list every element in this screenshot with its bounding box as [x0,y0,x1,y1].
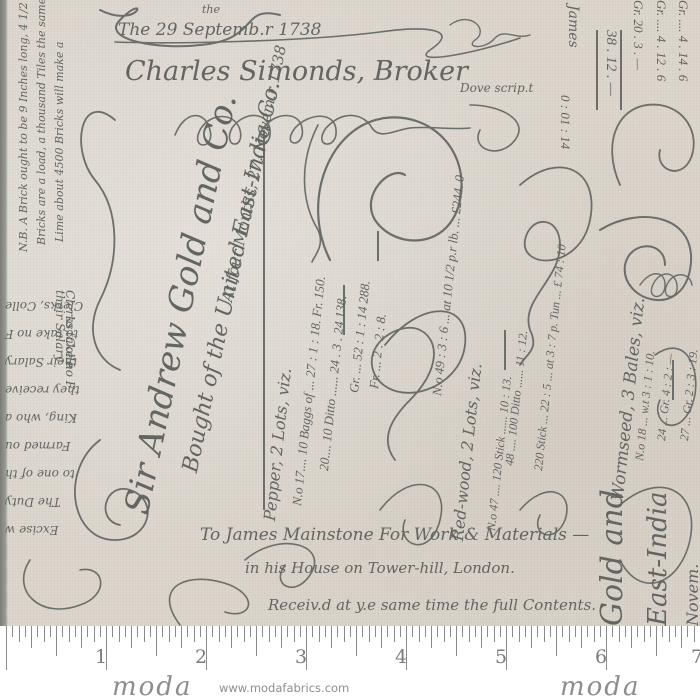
ruler-tick [637,626,638,637]
date-prefix: the [202,4,220,15]
ruler-tick [62,626,63,637]
ruler-tick [356,626,357,656]
ruler-tick [69,626,70,642]
ruler-tick [75,626,76,637]
ruler-tick [512,626,513,637]
ruler-tick [200,626,201,637]
ruler-tick [337,626,338,637]
ruler-tick [631,626,632,648]
ruler-tick [194,626,195,642]
ruler-inch-label: 5 [495,646,507,668]
ruler-tick [144,626,145,642]
ruler-tick [669,626,670,642]
moda-logo: moda [112,672,192,700]
bottom-right-text-1: Gold and [598,489,628,626]
ruler-tick [525,626,526,637]
ruler-tick [450,626,451,637]
mainstone-line: To James Mainstone For Work & Materials … [200,527,589,544]
ruler-tick [162,626,163,637]
ruler-tick [156,626,157,656]
ruler-inch-label: 7 [691,646,700,668]
received-line: Receiv.d at y.e same time the full Conte… [268,598,596,613]
mirror-line: to one of th [5,468,75,480]
ruler-tick [594,626,595,642]
nb-line-3: Lime about 4500 Bricks will make a [54,42,65,243]
ruler-inch-label: 1 [95,646,107,668]
ruler-tick [12,626,13,637]
house-line: in his House on Tower-hill, London. [245,561,515,576]
mirror-line: they receive [5,384,80,396]
ruler-tick [644,626,645,642]
ruler-tick [556,626,557,656]
ruler-tick [675,626,676,637]
ruler-tick [381,626,382,648]
ruler-tick [256,626,257,656]
ruler-inch-label: 3 [295,646,307,668]
ruler-tick [94,626,95,642]
ruler-tick [269,626,270,642]
moda-url: www.modafabrics.com [219,681,349,695]
ruler-tick [125,626,126,637]
ledger-rule [596,30,598,110]
ruler-inch-label: 2 [195,646,207,668]
ruler-tick [137,626,138,637]
ruler-inch-label: 6 [595,646,607,668]
moda-logo: moda [560,672,640,700]
ruler-tick [537,626,538,637]
ruler-tick [169,626,170,642]
dove-script-label: Dove scrip.t [460,82,533,94]
ruler-tick [275,626,276,637]
top-right-total: 38 . 12 . — [603,30,618,96]
ruler-tick [481,626,482,648]
ruler-tick [100,626,101,637]
ruler-tick [400,626,401,637]
ruler-tick [219,626,220,642]
ruler-tick [600,626,601,637]
fragment: 0 : 01 : 14 [559,95,572,149]
mirror-line: Clerks, Colle [5,300,83,312]
ruler-tick [462,626,463,637]
ruler-tick [412,626,413,637]
ruler-tick [262,626,263,637]
ruler-tick [394,626,395,642]
ruler-tick [187,626,188,637]
ruler-tick [456,626,457,656]
ruler-tick [519,626,520,642]
ruler-tick [369,626,370,642]
ruler-tick [181,626,182,648]
ruler-tick [325,626,326,637]
ruler-tick [150,626,151,637]
ruler-tick [287,626,288,637]
ruler-tick [650,626,651,637]
ruler-tick [487,626,488,637]
ruler-tick [175,626,176,637]
ledger-rule [620,30,622,110]
ruler-tick [331,626,332,648]
ruler-tick [681,626,682,648]
top-right-row: Gr. .... 4 . 14 . 6 [677,0,690,81]
ruler-tick [319,626,320,642]
ruler-tick [281,626,282,648]
nb-line-2: Bricks are a load, a thousand Tiles the … [36,0,47,245]
ruler-tick [300,626,301,637]
ruler-tick [344,626,345,642]
ledger-rule [377,231,379,261]
ruler-tick [687,626,688,637]
ruler-tick [250,626,251,637]
ruler-tick [31,626,32,648]
ruler-tick [231,626,232,648]
mirror-line: their Salary [5,356,77,368]
ruler-tick [531,626,532,648]
ruler-tick [6,626,7,670]
ruler-tick [494,626,495,642]
ruler-tick [444,626,445,642]
ruler-tick [419,626,420,642]
ruler-tick [237,626,238,637]
ruler-tick [656,626,657,656]
ruler-tick [569,626,570,642]
ruler-tick [19,626,20,642]
ruler-tick [662,626,663,637]
ruler-tick [550,626,551,637]
ruler-tick [581,626,582,648]
ruler-tick [431,626,432,648]
ruler-tick [587,626,588,637]
ruler-tick [81,626,82,648]
ruler-tick [37,626,38,637]
ruler-tick [294,626,295,642]
mirror-line: to take no F [5,328,78,340]
fabric-swatch: the The 29 Septemb.r 1738 Charles Simond… [0,0,700,626]
ruler-tick [612,626,613,637]
measurement-ruler: 1 2 3 4 5 6 7 moda www.modafabrics.com m… [0,626,700,700]
ruler-tick [131,626,132,648]
ruler-tick [362,626,363,637]
ruler-tick [619,626,620,642]
ruler-tick [56,626,57,656]
ruler-tick [625,626,626,637]
ruler-tick [212,626,213,637]
ruler-tick [575,626,576,637]
ruler-tick [544,626,545,642]
mirror-line: Excise w [5,524,58,536]
ruler-tick [475,626,476,637]
nb-line-1: N.B. A Brick ought to be 9 Inches long, … [18,2,29,252]
ruler-tick [562,626,563,637]
ruler-tick [375,626,376,637]
bottom-right-text-2: East-India [645,491,671,626]
ruler-tick [425,626,426,637]
ruler-tick [244,626,245,642]
ruler-tick [44,626,45,642]
mirror-line: The Duty [5,496,61,508]
ruler-tick [50,626,51,637]
ruler-tick [387,626,388,637]
top-right-word: James [566,5,580,48]
date-line: The 29 Septemb.r 1738 [118,22,321,39]
top-right-row: Gr. 20 . 3 . — [632,0,645,70]
ruler-tick [112,626,113,637]
ruler-tick [25,626,26,637]
ruler-tick [119,626,120,642]
ruler-tick [437,626,438,637]
bottom-right-text-3: Novem. [685,564,700,626]
ruler-tick [87,626,88,637]
broker-name: Charles Simonds, Broker [125,58,468,85]
ruler-tick [312,626,313,637]
mirror-line: King, who a [5,412,77,424]
ruler-tick [225,626,226,637]
ruler-tick [500,626,501,637]
ledger-rule [504,330,506,370]
ruler-inch-label: 4 [395,646,407,668]
mirror-line: Farmed ou [5,440,70,452]
ruler-tick [350,626,351,637]
ruler-tick [469,626,470,642]
top-right-row: Gr. .... 4 . 12 . 6 [655,0,668,81]
ruler-tick [694,626,695,642]
